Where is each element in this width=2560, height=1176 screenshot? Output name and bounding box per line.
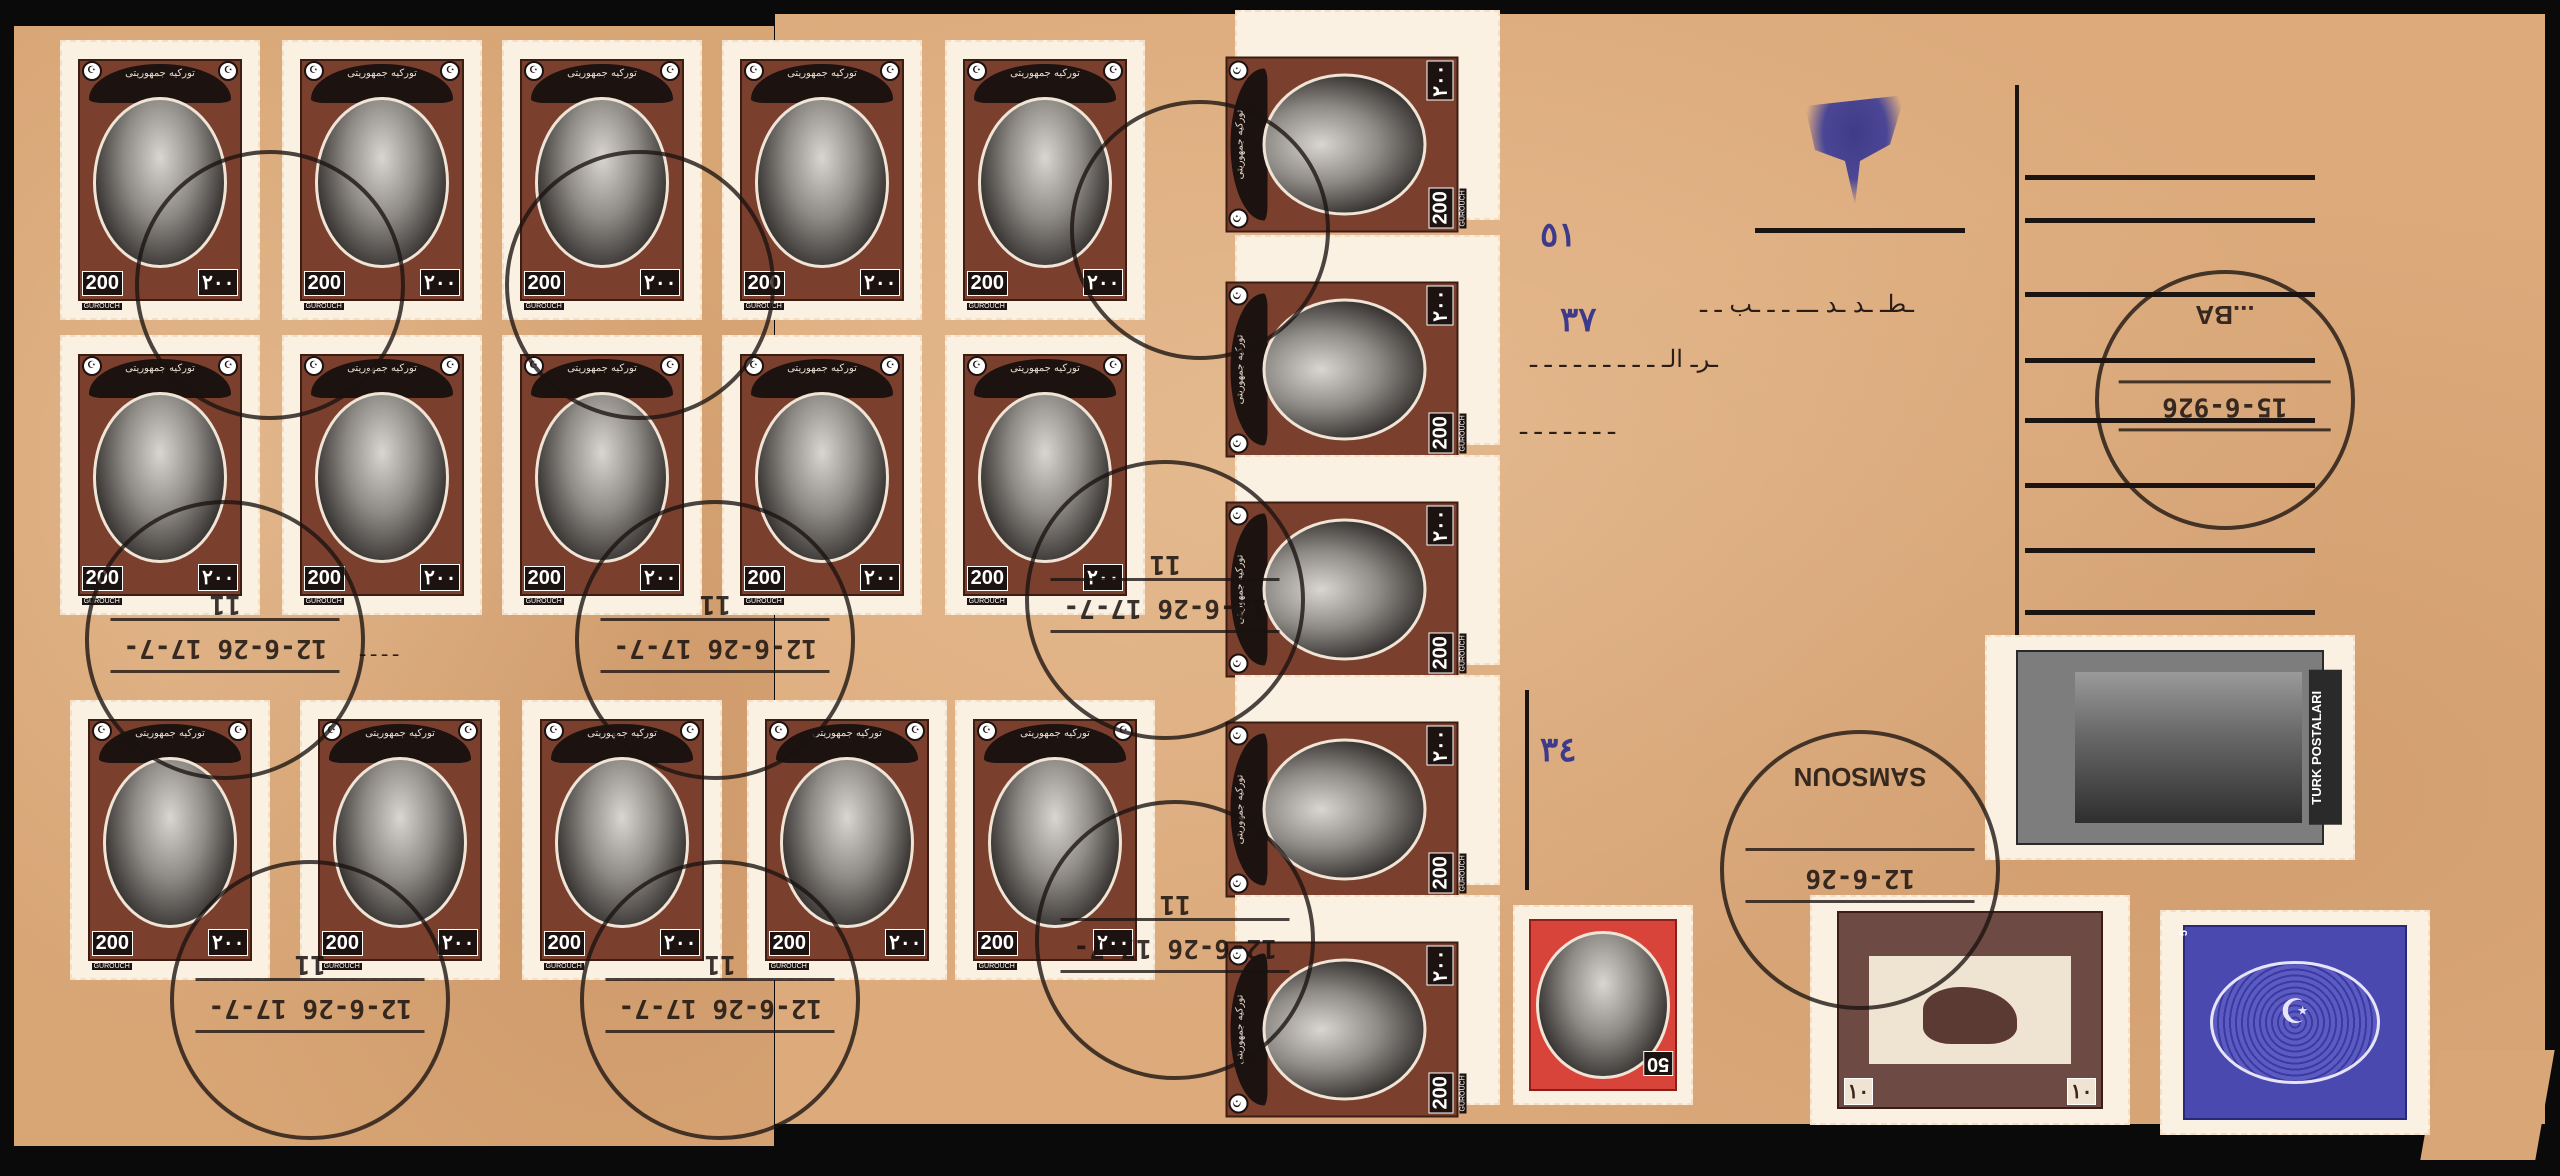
stamp-value-arabic: ٢٠٠ <box>1426 286 1453 326</box>
stamp-value: 200 <box>92 931 133 956</box>
form-line <box>2025 548 2315 553</box>
cancel-arrival: ...BA 15-6-926 <box>2095 270 2355 530</box>
stamp-currency: GUROUCH <box>1460 188 1467 228</box>
stamp-value: 200 <box>967 271 1008 296</box>
cancel-date: 12-6-26 17-7-11 <box>1051 578 1280 633</box>
printed-script-line: ـ ـ ـ ـ ـ ـ ـ <box>1520 412 1615 440</box>
stamp-value: 50 <box>1643 1051 1673 1076</box>
stamp-currency: GUROUCH <box>524 598 564 605</box>
stamp-value-arabic: ٢٠٠ <box>860 269 900 296</box>
stamp-currency: GUROUCH <box>1460 633 1467 673</box>
stamp-portrait <box>315 392 448 563</box>
crescent-icon: ☪ <box>967 356 987 376</box>
cancel-samsoun: SAMSOUN 12-6-26 <box>1720 730 2000 1010</box>
stamp-value-arabic: ٢٠٠ <box>420 564 460 591</box>
blue-pencil-numeral: ٥١ <box>1540 215 1577 255</box>
stamp-atatürk-50-red: 50 <box>1513 905 1693 1105</box>
stamp-value: 200 <box>977 931 1018 956</box>
cancel-samsoun: 12-6-26 17-7-11 <box>580 860 860 1140</box>
crescent-icon: ☪ <box>1228 61 1248 81</box>
crescent-icon: ☪ <box>1228 726 1248 746</box>
stamp-value-left: ١٠ <box>1844 1078 1873 1105</box>
cancel-town: ...BA <box>2099 299 2351 330</box>
stamp-value: 200 <box>967 566 1008 591</box>
form-line <box>2025 610 2315 615</box>
crescent-icon: ☪ <box>977 721 997 741</box>
blue-pencil-note: ٣٧ <box>1560 300 1597 340</box>
stamp-value-arabic: ٢٠٠ <box>860 564 900 591</box>
bracket-line <box>1525 690 1529 890</box>
stamp-value: 200 <box>1428 632 1453 673</box>
stamp-currency: GUROUCH <box>544 963 584 970</box>
stamp-currency: GUROUCH <box>82 303 122 310</box>
crescent-icon: ☪ <box>1228 434 1248 454</box>
paper-torn-corner <box>2420 1050 2554 1160</box>
crescent-icon: ☪ <box>524 61 544 81</box>
cancel-date: 12-6-26 17-7-11 <box>111 618 340 673</box>
cancel-samsoun: 12-6-26 17-7-11 <box>1035 800 1315 1080</box>
blue-pencil-side: ٣٤ <box>1540 730 1577 770</box>
form-divider-line <box>2015 85 2019 660</box>
stamp-value-arabic: ٢٠٠ <box>438 929 478 956</box>
stamp-value: 200 <box>1428 1072 1453 1113</box>
cancel-date: 12-6-26 17-7-11 <box>1061 918 1290 973</box>
stamp-currency: GUROUCH <box>967 598 1007 605</box>
stamp-value-arabic: ٢٠٠ <box>1426 61 1453 101</box>
stamp-portrait <box>755 97 888 268</box>
cancel-date: 12-6-26 17-7-11 <box>606 978 835 1033</box>
stamp-scene <box>2075 672 2302 822</box>
printed-script-line: ـرـ الـ ـ ـ ـ ـ ـ ـ ـ ـ ـ <box>1530 345 1718 373</box>
crescent-icon: ☪ <box>1228 1094 1248 1114</box>
cancel-town: SAMSOUN <box>1724 761 1996 792</box>
form-line <box>1755 228 1965 233</box>
cancel-samsoun: 12-6-26 17-7-11 <box>1025 460 1305 740</box>
stamp-currency: GUROUCH <box>1460 853 1467 893</box>
star-crescent-icon: ☪ <box>2162 992 2428 1032</box>
stamp-star-crescent-5-blue: ☪ 5 <box>2160 910 2430 1135</box>
stamp-currency: GUROUCH <box>977 963 1017 970</box>
crescent-icon: ☪ <box>544 721 564 741</box>
crescent-icon: ☪ <box>304 61 324 81</box>
stamp-value-arabic: ٢٠٠ <box>885 929 925 956</box>
stamp-value: 200 <box>544 931 585 956</box>
printed-script-line: ـ ـ ـ ـ <box>360 640 398 661</box>
form-line <box>2025 175 2315 180</box>
stamp-value-arabic: ٢٠٠ <box>420 269 460 296</box>
stamp-value-arabic: ٢٠٠ <box>1426 506 1453 546</box>
stamp-value-arabic: ٢٠٠ <box>1426 726 1453 766</box>
crescent-icon: ☪ <box>744 61 764 81</box>
stamp-country-text: TURK POSTALARI <box>2309 670 2342 825</box>
stamp-currency: GUROUCH <box>92 963 132 970</box>
stamp-value-right: ١٠ <box>2067 1078 2096 1105</box>
stamp-value: 200 <box>82 271 123 296</box>
cancel-date: 12-6-26 17-7-11 <box>601 618 830 673</box>
cancel-date: 15-6-926 <box>2119 380 2331 431</box>
cancel-date: 12-6-26 17-7-11 <box>196 978 425 1033</box>
cancel-samsoun <box>505 150 775 420</box>
cancel-date: 12-6-26 <box>1746 848 1975 903</box>
cancel-samsoun: 12-6-26 17-7-11 <box>575 500 855 780</box>
stamp-value: 200 <box>1428 412 1453 453</box>
stamp-value-arabic: ٢٠٠ <box>1426 946 1453 986</box>
cancel-samsoun <box>135 150 405 420</box>
stamp-value: 200 <box>524 566 565 591</box>
crescent-icon: ☪ <box>82 356 102 376</box>
crescent-icon: ☪ <box>92 721 112 741</box>
stamp-landscape-grey: TURK POSTALARI <box>1985 635 2355 860</box>
cancel-samsoun: 12-6-26 17-7-11 <box>170 860 450 1140</box>
crescent-icon: ☪ <box>82 61 102 81</box>
crescent-icon: ☪ <box>967 61 987 81</box>
stamp-value: 5 <box>2178 930 2190 936</box>
cancel-samsoun <box>1070 100 1330 360</box>
stamp-value: 200 <box>1428 852 1453 893</box>
stamp-value: 200 <box>1428 187 1453 228</box>
stamp-currency: GUROUCH <box>1460 413 1467 453</box>
stamp-currency: GUROUCH <box>1460 1073 1467 1113</box>
printed-script-line: ـطـ ـد ـد ـــ ـ ـ ـب ـ ـ <box>1700 290 1914 318</box>
cancel-samsoun: 12-6-26 17-7-11 <box>85 500 365 780</box>
form-line <box>2025 218 2315 223</box>
stamp-currency: GUROUCH <box>967 303 1007 310</box>
